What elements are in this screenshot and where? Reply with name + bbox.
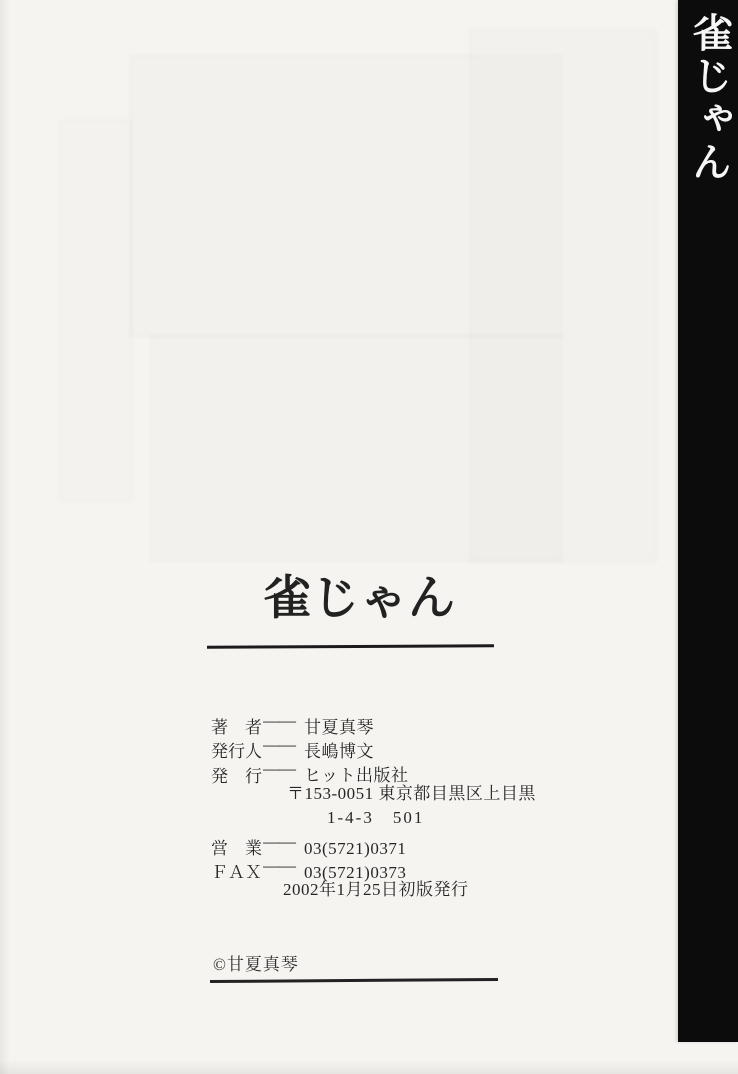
label-dash: —— (263, 830, 304, 854)
label-dash: —— (263, 854, 304, 878)
scan-edge-smudge (0, 0, 10, 1074)
spine-title: 雀じゃん (677, 12, 738, 185)
colophon-row-publisher: 発 行——ヒット出版社 (211, 757, 541, 781)
fax-label: ＦＡＸ (211, 861, 263, 885)
book-title: 雀じゃん (264, 570, 497, 626)
title-underline (207, 644, 494, 649)
spine-strip: 雀じゃん (678, 0, 738, 1042)
label-dash: —— (263, 709, 304, 733)
publisher-label: 発 行 (211, 765, 263, 789)
publisher-address-room: 1-4-3 501 (327, 808, 424, 827)
title-block: 雀じゃん (207, 570, 497, 626)
colophon-row-author: 著 者——甘夏真琴 (211, 709, 541, 733)
label-dash: —— (263, 733, 304, 757)
scan-bottom-shade (0, 1060, 738, 1074)
colophon-row-publisher-person: 発行人——長嶋博文 (211, 733, 541, 757)
edition-date: 2002年1月25日初版発行 (283, 880, 469, 899)
colophon-row-sales: 営 業——03(5721)0371 (211, 830, 541, 854)
colophon-row-address2: 1-4-3 501 (211, 806, 541, 830)
colophon-row-fax: ＦＡＸ——03(5721)0373 (211, 854, 541, 878)
colophon-page: 雀じゃん 雀じゃん 著 者——甘夏真琴 発行人——長嶋博文 発 行——ヒット出版… (0, 0, 738, 1074)
publisher-address: 〒153-0051 東京都目黒区上目黒 (287, 784, 536, 803)
bleedthrough-artifact (60, 120, 132, 502)
copyright-text: ©甘夏真琴 (213, 950, 500, 975)
bleedthrough-artifact (470, 30, 657, 562)
colophon-text: 著 者——甘夏真琴 発行人——長嶋博文 発 行——ヒット出版社 〒153-005… (211, 709, 541, 903)
label-dash: —— (263, 757, 304, 781)
copyright-block: ©甘夏真琴 (210, 950, 500, 975)
copyright-underline (210, 978, 498, 983)
